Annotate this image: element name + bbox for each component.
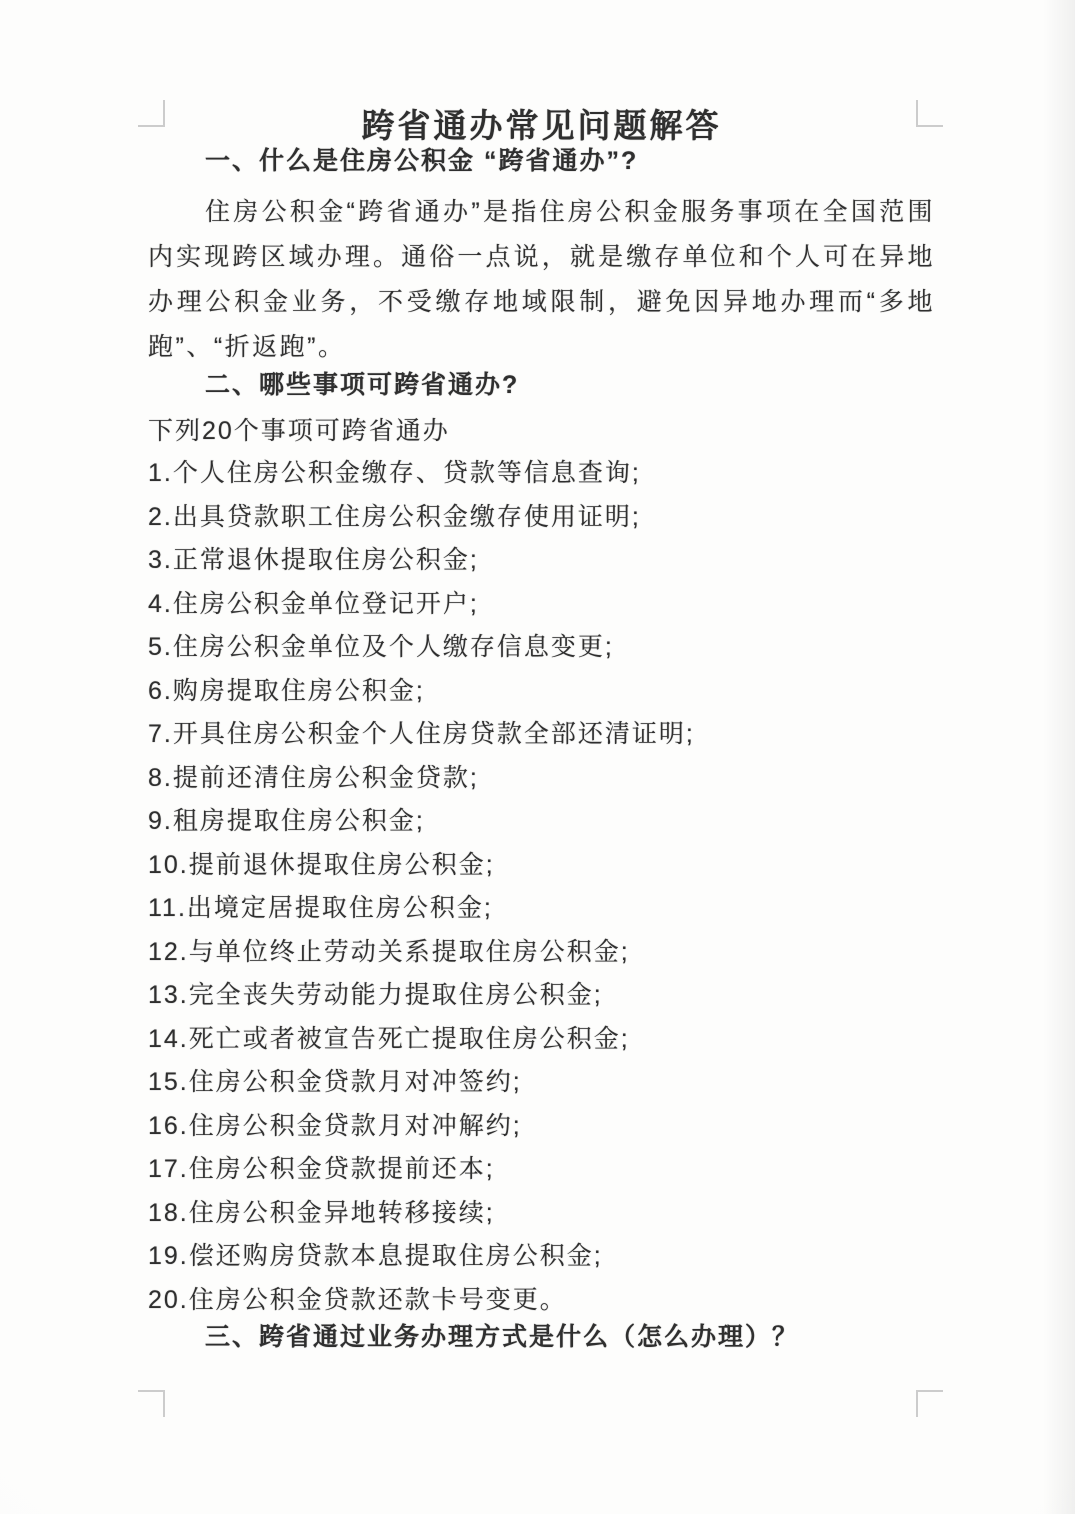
list-item: 5.住房公积金单位及个人缴存信息变更; <box>148 626 935 670</box>
crop-mark-bottom-left-icon <box>138 1390 165 1417</box>
list-item: 16.住房公积金贷款月对冲解约; <box>148 1105 935 1149</box>
list-item: 12.与单位终止劳动关系提取住房公积金; <box>148 931 935 975</box>
crop-mark-bottom-right-icon <box>916 1390 943 1417</box>
list-item: 17.住房公积金贷款提前还本; <box>148 1148 935 1192</box>
list-item: 3.正常退休提取住房公积金; <box>148 539 935 583</box>
list-item: 15.住房公积金贷款月对冲签约; <box>148 1061 935 1105</box>
list-item: 13.完全丧失劳动能力提取住房公积金; <box>148 974 935 1018</box>
list-item: 18.住房公积金异地转移接续; <box>148 1192 935 1236</box>
list-item: 6.购房提取住房公积金; <box>148 670 935 714</box>
list-item: 19.偿还购房贷款本息提取住房公积金; <box>148 1235 935 1279</box>
document-page: 跨省通办常见问题解答 一、什么是住房公积金 “跨省通办”? 住房公积金“跨省通办… <box>0 0 1075 1514</box>
list-item: 20.住房公积金贷款还款卡号变更。 <box>148 1279 935 1323</box>
list-item: 10.提前退休提取住房公积金; <box>148 844 935 888</box>
list-item: 9.租房提取住房公积金; <box>148 800 935 844</box>
page-title: 跨省通办常见问题解答 <box>148 0 935 146</box>
list-item: 2.出具贷款职工住房公积金缴存使用证明; <box>148 496 935 540</box>
list-item: 4.住房公积金单位登记开户; <box>148 583 935 627</box>
list-item: 8.提前还清住房公积金贷款; <box>148 757 935 801</box>
list-item: 1.个人住房公积金缴存、贷款等信息查询; <box>148 452 935 496</box>
section2-intro: 下列20个事项可跨省通办 <box>148 416 935 446</box>
section3-heading: 三、跨省通过业务办理方式是什么（怎么办理）？ <box>148 1322 935 1352</box>
section1-paragraph: 住房公积金“跨省通办”是指住房公积金服务事项在全国范围内实现跨区域办理。通俗一点… <box>148 190 935 370</box>
list-item: 14.死亡或者被宣告死亡提取住房公积金; <box>148 1018 935 1062</box>
document-body: 跨省通办常见问题解答 一、什么是住房公积金 “跨省通办”? 住房公积金“跨省通办… <box>148 0 935 1352</box>
service-items-list: 1.个人住房公积金缴存、贷款等信息查询; 2.出具贷款职工住房公积金缴存使用证明… <box>148 452 935 1322</box>
list-item: 7.开具住房公积金个人住房贷款全部还清证明; <box>148 713 935 757</box>
section1-heading: 一、什么是住房公积金 “跨省通办”? <box>148 146 935 176</box>
section2-heading: 二、哪些事项可跨省通办? <box>148 370 935 400</box>
list-item: 11.出境定居提取住房公积金; <box>148 887 935 931</box>
